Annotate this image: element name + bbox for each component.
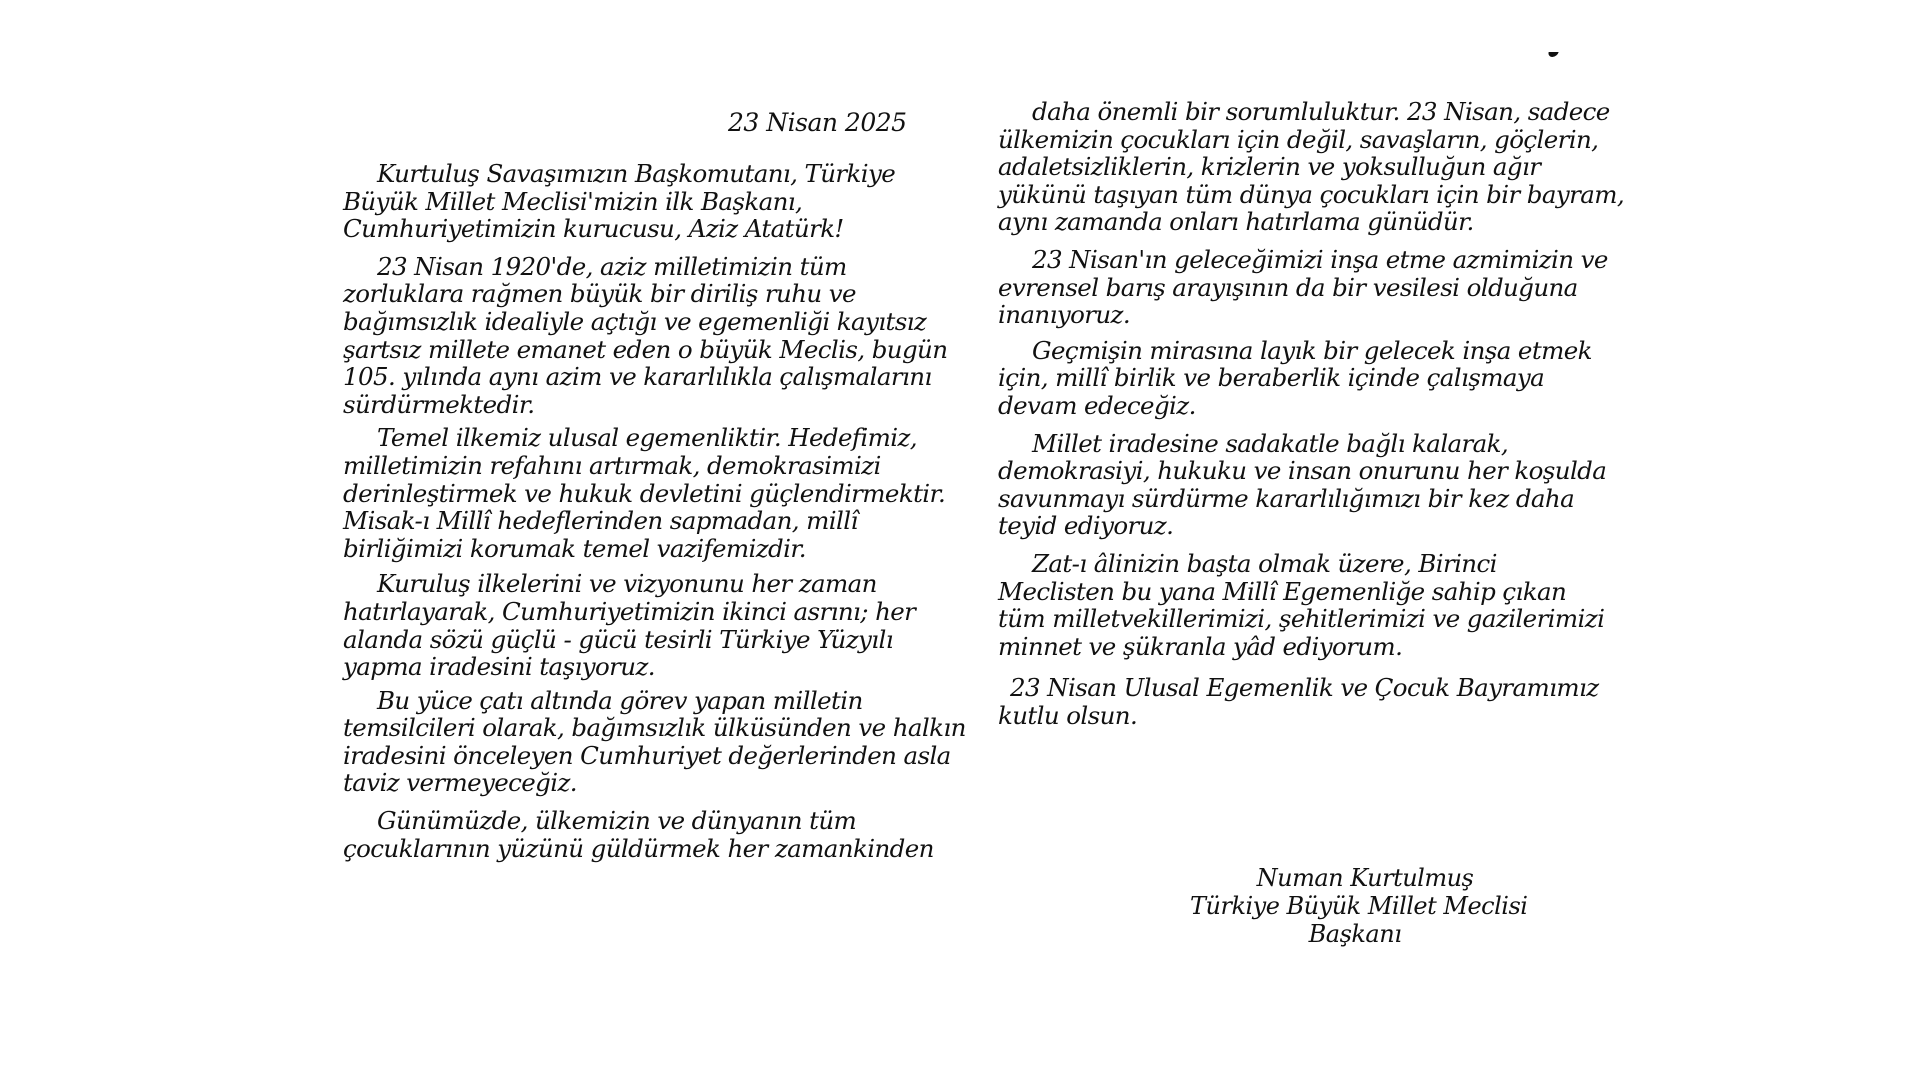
ink-mark [1547, 52, 1558, 57]
paragraph: Millet iradesine sadakatle bağlı kalarak… [998, 430, 1578, 540]
paragraph-continuation: daha önemli bir sorumluluktur. 23 Nisan,… [998, 98, 1578, 236]
paragraph: 23 Nisan 1920'de, aziz milletimizin tüm … [343, 253, 953, 419]
signatory-name: Numan Kurtulmuş [1190, 864, 1520, 892]
text-line: tüm milletvekillerimizi, şehitlerimizi v… [998, 605, 1578, 633]
paragraph: Temel ilkemiz ulusal egemenliktir. Hedef… [343, 424, 953, 562]
text-line: iradesini önceleyen Cumhuriyet değerleri… [343, 742, 953, 770]
text-line: devam edeceğiz. [998, 392, 1578, 420]
text-line: Cumhuriyetimizin kurucusu, Aziz Atatürk! [343, 215, 953, 243]
text-line: zorluklara rağmen büyük bir diriliş ruhu… [343, 280, 953, 308]
text-line: derinleştirmek ve hukuk devletini güçlen… [343, 480, 953, 508]
text-line: için, millî birlik ve beraberlik içinde … [998, 364, 1578, 392]
text-line: Millet iradesine sadakatle bağlı kalarak… [998, 430, 1578, 458]
text-line: demokrasiyi, hukuku ve insan onurunu her… [998, 457, 1578, 485]
text-line: inanıyoruz. [998, 301, 1578, 329]
text-line: savunmayı sürdürme kararlılığımızı bir k… [998, 485, 1578, 513]
text-line: Zat-ı âlinizin başta olmak üzere, Birinc… [998, 550, 1578, 578]
letter-right-column: daha önemli bir sorumluluktur. 23 Nisan,… [998, 98, 1578, 736]
text-line: Büyük Millet Meclisi'mizin ilk Başkanı, [343, 188, 953, 216]
paragraph: Zat-ı âlinizin başta olmak üzere, Birinc… [998, 550, 1578, 660]
text-line: Meclisten bu yana Millî Egemenliğe sahip… [998, 578, 1578, 606]
text-line: taviz vermeyeceğiz. [343, 769, 953, 797]
text-line: 23 Nisan'ın geleceğimizi inşa etme azmim… [998, 246, 1578, 274]
text-line: alanda sözü güçlü - gücü tesirli Türkiye… [343, 626, 953, 654]
text-line: çocuklarının yüzünü güldürmek her zamank… [343, 835, 953, 863]
letter-left-column: Kurtuluş Savaşımızın Başkomutanı, Türkiy… [343, 160, 953, 869]
text-line: minnet ve şükranla yâd ediyorum. [998, 633, 1578, 661]
letter-date: 23 Nisan 2025 [728, 108, 907, 137]
text-line: 23 Nisan Ulusal Egemenlik ve Çocuk Bayra… [998, 674, 1578, 702]
signature-block: Numan Kurtulmuş Türkiye Büyük Millet Mec… [1190, 864, 1520, 948]
text-line: Kurtuluş Savaşımızın Başkomutanı, Türkiy… [343, 160, 953, 188]
text-line: bağımsızlık idealiyle açtığı ve egemenli… [343, 308, 953, 336]
text-line: kutlu olsun. [998, 702, 1578, 730]
text-line: birliğimizi korumak temel vazifemizdir. [343, 535, 953, 563]
signatory-title-line2: Başkanı [1190, 920, 1520, 948]
text-line: Temel ilkemiz ulusal egemenliktir. Hedef… [343, 424, 953, 452]
text-line: şartsız millete emanet eden o büyük Mecl… [343, 336, 953, 364]
text-line: daha önemli bir sorumluluktur. 23 Nisan,… [998, 98, 1578, 126]
text-line: 105. yılında aynı azim ve kararlılıkla ç… [343, 363, 953, 391]
text-line: adaletsizliklerin, krizlerin ve yoksullu… [998, 153, 1578, 181]
text-line: aynı zamanda onları hatırlama günüdür. [998, 208, 1578, 236]
paragraph-salutation: Kurtuluş Savaşımızın Başkomutanı, Türkiy… [343, 160, 953, 243]
signatory-title: Türkiye Büyük Millet Meclisi [1190, 892, 1520, 920]
text-line: Günümüzde, ülkemizin ve dünyanın tüm [343, 807, 953, 835]
paragraph: Günümüzde, ülkemizin ve dünyanın tüm çoc… [343, 807, 953, 862]
text-line: hatırlayarak, Cumhuriyetimizin ikinci as… [343, 598, 953, 626]
text-line: 23 Nisan 1920'de, aziz milletimizin tüm [343, 253, 953, 281]
paragraph: Geçmişin mirasına layık bir gelecek inşa… [998, 337, 1578, 420]
text-line: evrensel barış arayışının da bir vesiles… [998, 274, 1578, 302]
text-line: teyid ediyoruz. [998, 512, 1578, 540]
text-line: Misak-ı Millî hedeflerinden sapmadan, mi… [343, 507, 953, 535]
text-line: sürdürmektedir. [343, 391, 953, 419]
text-line: milletimizin refahını artırmak, demokras… [343, 452, 953, 480]
text-line: yükünü taşıyan tüm dünya çocukları için … [998, 181, 1578, 209]
text-line: Bu yüce çatı altında görev yapan milleti… [343, 687, 953, 715]
text-line: Kuruluş ilkelerini ve vizyonunu her zama… [343, 570, 953, 598]
paragraph-closing: 23 Nisan Ulusal Egemenlik ve Çocuk Bayra… [998, 674, 1578, 729]
text-line: Geçmişin mirasına layık bir gelecek inşa… [998, 337, 1578, 365]
paragraph: Kuruluş ilkelerini ve vizyonunu her zama… [343, 570, 953, 680]
handwritten-letter-page: 23 Nisan 2025 Kurtuluş Savaşımızın Başko… [0, 0, 1920, 1080]
text-line: temsilcileri olarak, bağımsızlık ülküsün… [343, 714, 953, 742]
text-line: ülkemizin çocukları için değil, savaşlar… [998, 126, 1578, 154]
text-line: yapma iradesini taşıyoruz. [343, 653, 953, 681]
paragraph: Bu yüce çatı altında görev yapan milleti… [343, 687, 953, 797]
paragraph: 23 Nisan'ın geleceğimizi inşa etme azmim… [998, 246, 1578, 329]
